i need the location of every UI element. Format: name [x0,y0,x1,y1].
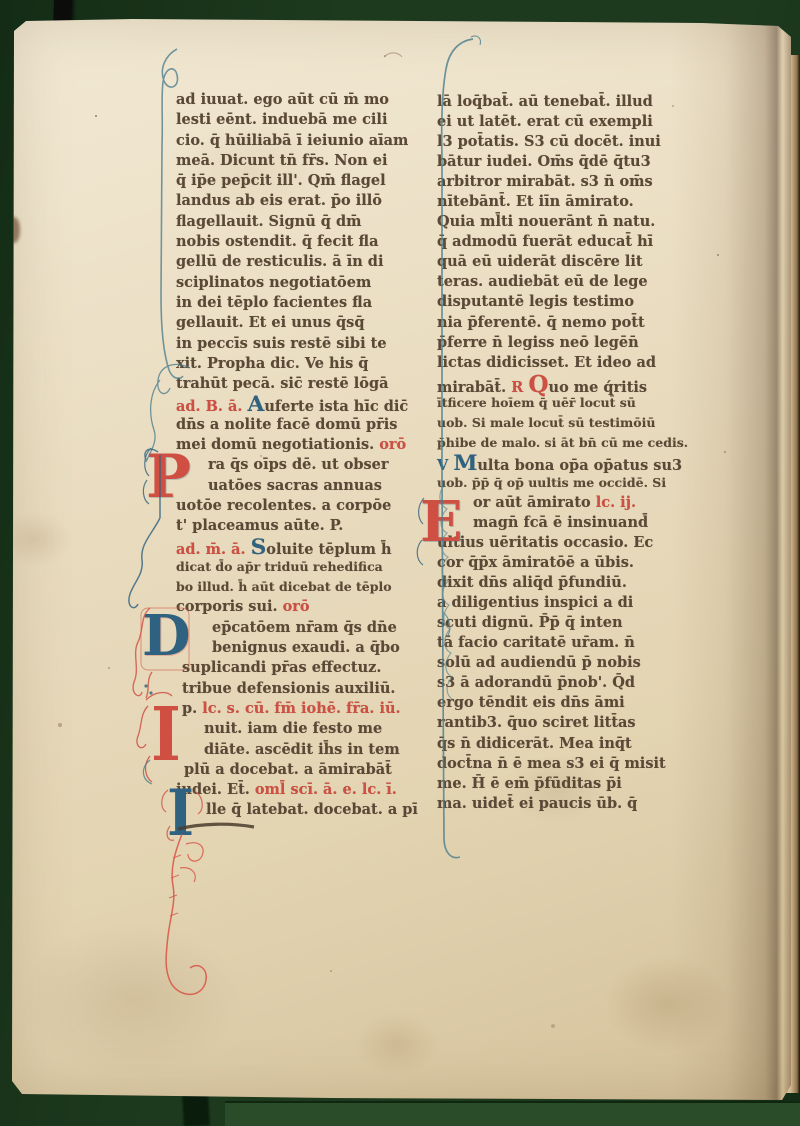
body-text: plū a docebat. a āmirabāt̄ [184,761,392,778]
body-text: gellū de resticulis. ā īn di [176,253,383,270]
text-line: uatōes sacras annuas [176,476,434,496]
text-line: teras. audiebāt eū de lege [437,272,699,292]
body-text: tā facio caritatē ur̄am. n̄ [437,634,635,651]
text-line: tā facio caritatē ur̄am. n̄ [437,633,699,653]
body-text: ulta bona op̄a op̄atus su3 [477,457,682,474]
text-line: ergo tēndit eis dn̄s āmi [437,693,699,713]
text-line: iudei. Et̄. oml̄ scī. ā. e. lc. ī. [176,780,434,800]
rubric-text: lc. ij. [596,494,636,511]
body-text: bātur iudei. Om̄s q̄dē q̄tu3 [437,153,651,170]
body-text: ei ut latēt. erat cū exempli [437,113,653,130]
text-line: ei ut latēt. erat cū exempli [437,112,699,132]
body-text: mei domū negotiationis. [176,436,379,453]
body-text: Quia ml̄ti nouerānt n̄ natu. [437,213,655,230]
rubric-text: ad. B. ā. [176,398,247,415]
body-text: disputantē legis testimo [437,293,634,310]
initial-letter: S [251,535,267,560]
body-text: t' placeamus aūte. P. [176,517,343,534]
text-line: t' placeamus aūte. P. [176,516,434,536]
body-text: dn̄s a nolite facē domū pr̄is [176,416,397,433]
text-line: ad. B. ā. Auferte ista hīc dic̄ [176,394,434,414]
text-line: suplicandi pr̄as effectuz. [176,658,434,678]
text-line: p̄hibe de malo. si āt bn̄ cū me cedis. [437,433,699,453]
text-line: uotōe recolentes. a corpōe [176,496,434,516]
body-text: rantib3. q̄uo sciret litt̄as [437,714,636,731]
body-text: doct̄na n̄ ē mea s3 ei q̄ misit [437,755,666,772]
illuminated-initial-d: D [142,608,191,664]
body-text: q̄ admodū fuerāt educat̄ hī [437,233,653,250]
body-text: lictas didicisset. Et ideo ad [437,354,656,371]
text-line: lesti eēnt. induebā me cili [176,110,434,130]
body-text: bo illud. h̄ aūt dicebat de tēplo [176,579,392,594]
text-line: ultius uēritatis occasio. Ec [437,533,699,553]
body-text: tribue defensionis auxiliū. [182,680,395,697]
text-line: ra q̄s oīps dē. ut obser [176,455,434,475]
rubric-text: lc. s. cū. fm̄ iohē. fr̄a. iū. [202,700,400,717]
body-text: nobis ostendit. q̄ fecit fla [176,233,378,250]
body-text: me. H̄ ē em̄ p̄fūditas p̄i [437,775,622,792]
initial-letter: A [247,392,264,417]
text-line: dn̄s a nolite facē domū pr̄is [176,415,434,435]
text-line: magn̄ fcā ē insinuand̄ [437,513,699,533]
body-text: uob. Si male locut̄ sū testimōiū [437,415,655,430]
body-text: diāte. ascēdit ih̄s in tem [204,741,400,758]
text-line: bātur iudei. Om̄s q̄dē q̄tu3 [437,152,699,172]
text-column-left: ad iuuat. ego aūt cū m̄ molesti eēnt. in… [176,90,434,821]
text-line: uob. Si male locut̄ sū testimōiū [437,413,699,433]
body-text: dixit dn̄s aliq̄d p̄fundiū. [437,574,627,591]
body-text: lesti eēnt. induebā me cili [176,111,387,128]
body-text: nuit. iam die festo me [204,720,382,737]
table-edge [225,1101,800,1126]
text-line: arbitror mirabāt. s3 n̄ om̄s [437,172,699,192]
text-line: sciplinatos negotiatōem [176,273,434,293]
text-line: solū ad audiendū p̄ nobis [437,653,699,673]
illuminated-initial-e: E [420,494,463,550]
text-line: corporis sui. orō [176,597,434,617]
body-text: q̄s n̄ didicerāt. Mea inq̄t [437,735,632,752]
text-line: quā eū uiderāt discēre lit [437,252,699,272]
body-text: xit. Propha dic. Ve his q̄ [176,355,368,372]
text-line: mei domū negotiationis. orō [176,435,434,455]
text-column-right: lā loq̄bat̄. aū tenebat̄. illudei ut lat… [437,92,699,814]
text-line: or aūt āmirato lc. ij. [437,493,699,513]
text-line: in peccīs suis restē sibi te [176,334,434,354]
text-line: plū a docebat. a āmirabāt̄ [176,760,434,780]
rubric-text: oml̄ scī. ā. e. lc. ī. [255,781,397,798]
text-line: nobis ostendit. q̄ fecit fla [176,232,434,252]
text-line: ītficere hoīem q̄ uēr̄ locut̄ sū [437,393,699,413]
body-text: ultius uēritatis occasio. Ec [437,534,653,551]
text-line: mirabāt̄. R Quo me q́ritis [437,373,699,393]
text-line: ad iuuat. ego aūt cū m̄ mo [176,90,434,110]
text-line: gellū de resticulis. ā īn di [176,252,434,272]
body-text: dicat d̄o ap̄r triduū rehedifica [176,559,383,574]
body-text: meā. Dicunt tn̄ fr̄s. Non ei [176,152,387,169]
body-text: quā eū uiderāt discēre lit [437,253,643,270]
body-text: a diligentius inspici a di [437,594,633,611]
text-line: p̄ferre n̄ legiss neō legēn̄ [437,333,699,353]
body-text: lā loq̄bat̄. aū tenebat̄. illud [437,93,653,110]
text-line: uob. p̄p̄ q̄ op̄ uultis me occidē. Si [437,473,699,493]
text-line: l3 pot̄atis. S3 cū docēt. inui [437,132,699,152]
text-line: trahūt pecā. sic̄ restē lōgā [176,374,434,394]
body-text: magn̄ fcā ē insinuand̄ [473,514,648,531]
body-text: or aūt āmirato [473,494,596,511]
text-line: tribue defensionis auxiliū. [176,679,434,699]
text-line: gellauit. Et ei unus q̄sq̄ [176,313,434,333]
text-line: me. H̄ ē em̄ p̄fūditas p̄i [437,774,699,794]
text-line: s3 ā adorandū p̄nob'. Q̄d [437,673,699,693]
text-line: bo illud. h̄ aūt dicebat de tēplo [176,577,434,597]
text-line: p. lc. s. cū. fm̄ iohē. fr̄a. iū. [176,699,434,719]
text-line: cor q̄p̄x āmiratōē a ūbis. [437,553,699,573]
body-text: ra q̄s oīps dē. ut obser [208,456,389,473]
text-line: lā loq̄bat̄. aū tenebat̄. illud [437,92,699,112]
text-line: diāte. ascēdit ih̄s in tem [176,740,434,760]
text-line: xit. Propha dic. Ve his q̄ [176,354,434,374]
text-line: lictas didicisset. Et ideo ad [437,353,699,373]
text-line: ep̄catōem nr̄am q̄s dn̄e [176,618,434,638]
body-text: uatōes sacras annuas [208,477,382,494]
body-text: arbitror mirabāt. s3 n̄ om̄s [437,173,653,190]
body-text: scuti dignū. P̄p̄ q̄ inten [437,614,623,631]
text-line: lle q̄ latebat. docebat. a pī [176,800,434,820]
body-text: q̄ ip̄e pep̄cit ill'. Qm̄ flagel [176,172,386,189]
text-line: q̄s n̄ didicerāt. Mea inq̄t [437,734,699,754]
body-text: ma. uidet̄ ei paucis ūb. q̄ [437,795,637,812]
body-text: solū ad audiendū p̄ nobis [437,654,641,671]
text-line: ma. uidet̄ ei paucis ūb. q̄ [437,794,699,814]
body-text: in peccīs suis restē sibi te [176,335,387,352]
body-text: benignus exaudi. a q̄bo [212,639,400,656]
body-text: cio. q̄ hūiliabā ī ieiunio aīam [176,132,408,149]
body-text: uferte ista hīc dic̄ [264,398,408,415]
body-text: gellauit. Et ei unus q̄sq̄ [176,314,364,331]
text-line: dicat d̄o ap̄r triduū rehedifica [176,557,434,577]
body-text: l3 pot̄atis. S3 cū docēt. inui [437,133,661,150]
body-text: corporis sui. [176,598,283,615]
body-text: p̄hibe de malo. si āt bn̄ cū me cedis. [437,435,688,450]
edge-stain [8,217,20,243]
bookmark-ribbon-bottom [182,1093,210,1126]
text-line: flagellauit. Signū q̄ dm̄ [176,212,434,232]
text-line: nia p̄ferentē. q̄ nemo pot̄t [437,313,699,333]
body-text: sciplinatos negotiatōem [176,274,371,291]
text-line: q̄ admodū fuerāt educat̄ hī [437,232,699,252]
text-line: a diligentius inspici a di [437,593,699,613]
body-text: suplicandi pr̄as effectuz. [182,659,381,676]
text-line: in dei tēplo facientes fla [176,293,434,313]
rubric-text: ad. m̄. ā. [176,541,251,558]
body-text: p. [182,700,202,717]
body-text: cor q̄p̄x āmiratōē a ūbis. [437,554,634,571]
body-text: p̄ferre n̄ legiss neō legēn̄ [437,334,639,351]
illuminated-initial-i-red: I [151,699,181,773]
text-line: disputantē legis testimo [437,292,699,312]
body-text: ep̄catōem nr̄am q̄s dn̄e [212,619,397,636]
text-line: landus ab eis erat. p̄o illō [176,191,434,211]
body-text: oluite tēplum h̄ [266,541,391,558]
illuminated-initial-p: P [146,447,191,507]
rubric-text: orō [379,436,406,453]
text-line: benignus exaudi. a q̄bo [176,638,434,658]
illuminated-initial-i-blue: I [167,781,194,845]
text-line: ad. m̄. ā. Soluite tēplum h̄ [176,537,434,557]
body-text: ergo tēndit eis dn̄s āmi [437,694,625,711]
body-text: nia p̄ferentē. q̄ nemo pot̄t [437,314,645,331]
body-text: nītebānt̄. Et iīn āmirato. [437,193,634,210]
body-text: s3 ā adorandū p̄nob'. Q̄d [437,674,635,691]
body-text: uob. p̄p̄ q̄ op̄ uultis me occidē. Si [437,475,666,490]
text-line: nītebānt̄. Et iīn āmirato. [437,192,699,212]
body-text: lle q̄ latebat. docebat. a pī [206,801,418,818]
body-text: in dei tēplo facientes fla [176,294,372,311]
rubric-text: orō [283,598,310,615]
body-text: ītficere hoīem q̄ uēr̄ locut̄ sū [437,395,636,410]
body-text: landus ab eis erat. p̄o illō [176,192,382,209]
text-line: nuit. iam die festo me [176,719,434,739]
text-line: V Multa bona op̄a op̄atus su3 [437,453,699,473]
body-text: flagellauit. Signū q̄ dm̄ [176,213,361,230]
photograph-of-manuscript: { "palette":{ "green":"#1d3a1e","green-d… [0,0,800,1126]
text-line: rantib3. q̄uo sciret litt̄as [437,713,699,733]
text-line: scuti dignū. P̄p̄ q̄ inten [437,613,699,633]
body-text: uotōe recolentes. a corpōe [176,497,391,514]
text-line: cio. q̄ hūiliabā ī ieiunio aīam [176,131,434,151]
text-line: Quia ml̄ti nouerānt n̄ natu. [437,212,699,232]
body-text: teras. audiebāt eū de lege [437,273,648,290]
body-text: ad iuuat. ego aūt cū m̄ mo [176,91,389,108]
text-line: meā. Dicunt tn̄ fr̄s. Non ei [176,151,434,171]
initial-letter: V [437,457,453,474]
text-line: dixit dn̄s aliq̄d p̄fundiū. [437,573,699,593]
body-text: trahūt pecā. sic̄ restē lōgā [176,375,389,392]
text-line: q̄ ip̄e pep̄cit ill'. Qm̄ flagel [176,171,434,191]
parchment-speckles [12,19,14,21]
text-line: doct̄na n̄ ē mea s3 ei q̄ misit [437,754,699,774]
